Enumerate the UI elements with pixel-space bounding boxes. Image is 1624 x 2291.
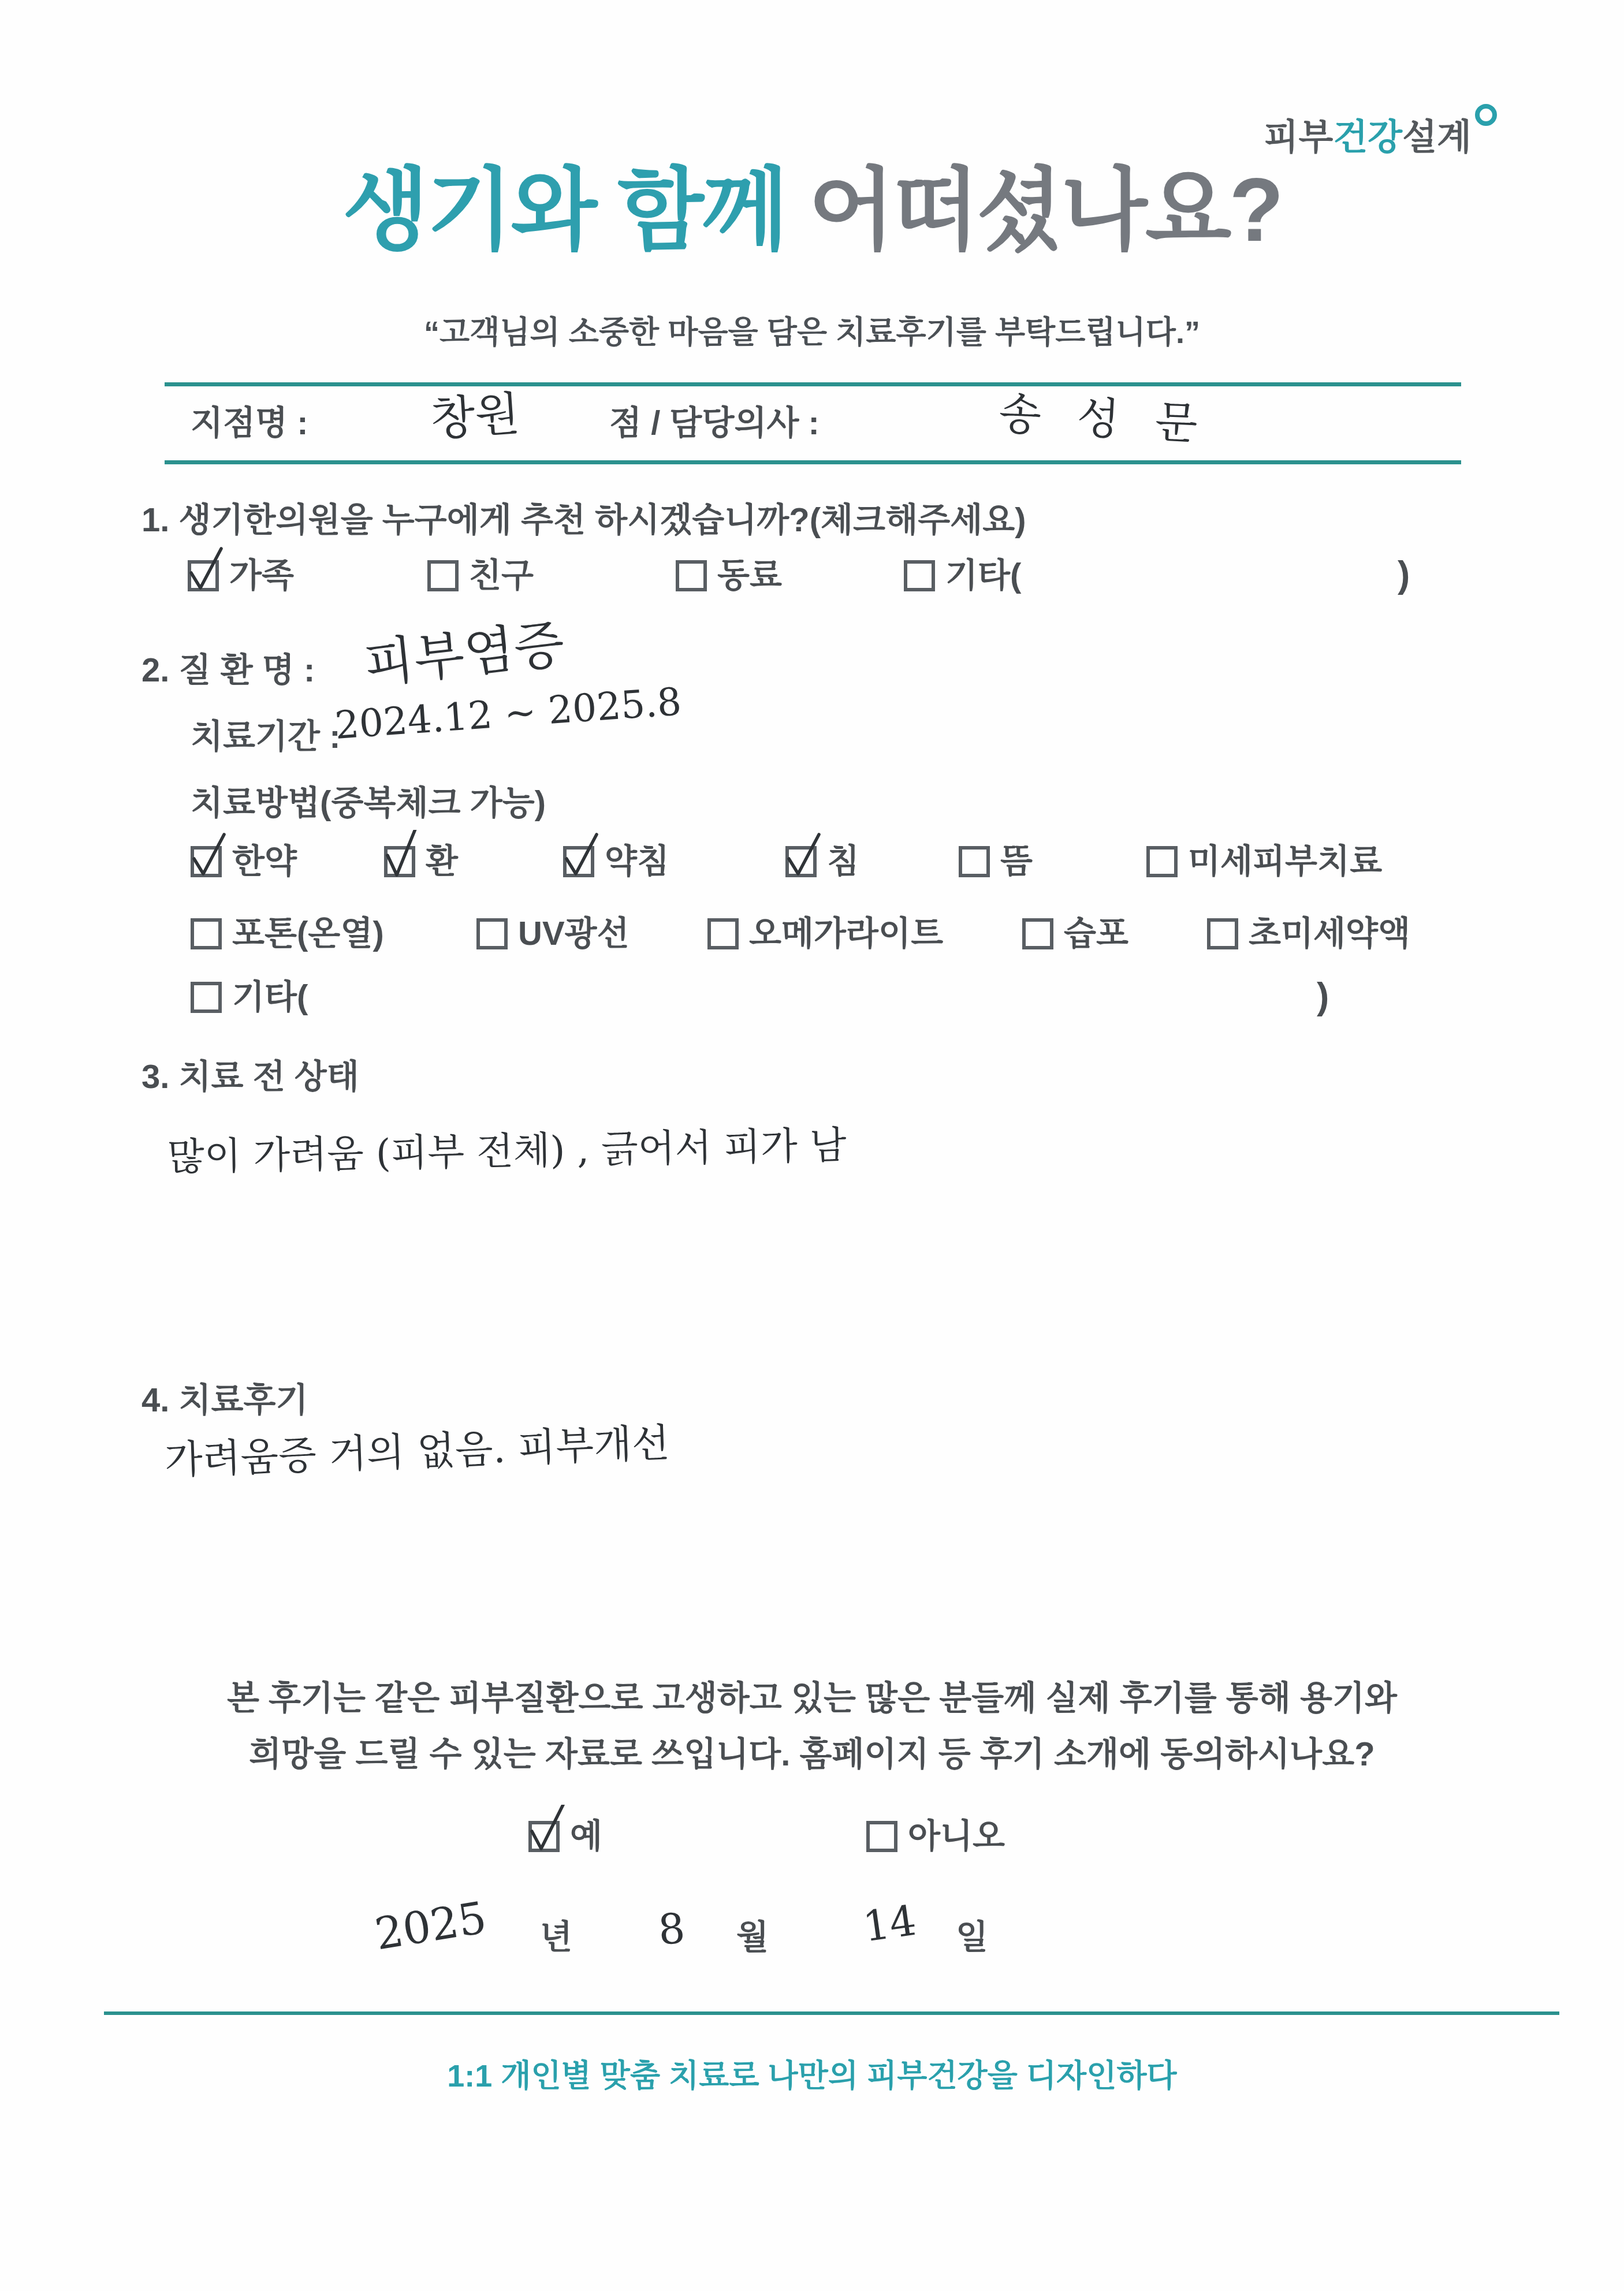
checkbox-box-icon — [188, 560, 219, 591]
checkbox-label: 침 — [827, 845, 859, 878]
checkbox-label: 예 — [570, 1820, 602, 1853]
date-day-unit: 일 — [956, 1919, 988, 1957]
checkbox-moxibustion[interactable]: 뜸 — [959, 843, 1033, 880]
consent-text-line2: 희망을 드릴 수 있는 자료로 쓰입니다. 홈페이지 등 후기 소개에 동의하시… — [0, 1735, 1624, 1774]
logo-degree-icon — [1475, 104, 1497, 126]
checkmark-icon — [561, 830, 601, 881]
pre-treatment-state-value: 많이 가려움 (피부 전체) , 긁어서 피가 남 — [167, 1114, 847, 1181]
scanned-review-form: 피부건강설계 생기와 함께 어떠셨나요? “고객님의 소중한 마음을 담은 치료… — [0, 0, 1624, 2291]
checkmark-icon — [188, 830, 229, 881]
checkbox-label: 환 — [426, 845, 458, 878]
checkbox-label: 기타( — [945, 559, 1021, 593]
branch-name-value: 창원 — [428, 376, 522, 449]
divider-top — [165, 382, 1461, 386]
checkbox-box-icon — [384, 846, 415, 877]
q1-close-paren: ) — [1398, 553, 1410, 596]
checkbox-label: 습포 — [1064, 917, 1128, 951]
date-month-value: 8 — [656, 1903, 687, 1954]
checkmark-icon — [382, 830, 422, 881]
checkbox-label: 친구 — [469, 559, 534, 593]
checkbox-herbal-medicine[interactable]: 한약 — [191, 843, 297, 880]
checkbox-label: 아니오 — [908, 1820, 1005, 1853]
checkbox-omega-light[interactable]: 오메가라이트 — [707, 915, 943, 952]
checkbox-box-icon — [191, 918, 222, 949]
checkbox-box-icon — [1022, 918, 1053, 949]
question-1-label: 1. 생기한의원을 누구에게 추천 하시겠습니까?(체크해주세요) — [141, 501, 1026, 540]
checkmark-icon — [185, 544, 226, 595]
clinic-logo: 피부건강설계 — [1264, 109, 1497, 160]
checkbox-label: 한약 — [232, 845, 297, 878]
checkbox-label: 포톤(온열) — [232, 917, 384, 951]
checkbox-colleague[interactable]: 동료 — [676, 557, 782, 594]
checkbox-label: 초미세약액 — [1249, 917, 1410, 951]
doctor-label: 점 / 담당의사 : — [609, 404, 820, 443]
checkbox-box-icon — [866, 1821, 897, 1852]
footer-slogan: 1:1 개인별 맞춤 치료로 나만의 피부건강을 디자인하다 — [0, 2051, 1624, 2096]
checkbox-box-icon — [676, 560, 707, 591]
checkmark-icon — [783, 830, 824, 881]
logo-text-suffix: 설계 — [1402, 118, 1472, 158]
checkbox-label: 약침 — [605, 845, 669, 878]
checkbox-box-icon — [1207, 918, 1238, 949]
checkbox-box-icon — [191, 982, 222, 1013]
checkbox-box-icon — [1146, 846, 1178, 877]
divider-footer — [104, 2011, 1559, 2015]
page-title: 생기와 함께 어떠셨나요? — [0, 163, 1624, 258]
checkbox-family[interactable]: 가족 — [188, 557, 294, 594]
checkbox-acupuncture[interactable]: 침 — [785, 843, 859, 880]
checkbox-consent-yes[interactable]: 예 — [528, 1818, 602, 1855]
question-4-label: 4. 치료후기 — [141, 1381, 308, 1420]
checkbox-box-icon — [785, 846, 817, 877]
checkbox-other-method[interactable]: 기타( — [191, 979, 308, 1016]
checkbox-box-icon — [563, 846, 594, 877]
page-title-rest: 어떠셨나요? — [809, 160, 1282, 260]
page-title-accent: 생기와 함께 — [342, 160, 786, 260]
checkbox-box-icon — [904, 560, 935, 591]
checkbox-other[interactable]: 기타( — [904, 557, 1021, 594]
checkbox-consent-no[interactable]: 아니오 — [866, 1818, 1005, 1855]
checkmark-icon — [526, 1805, 567, 1856]
checkbox-pharmacopuncture[interactable]: 약침 — [563, 843, 669, 880]
checkbox-label: UV광선 — [518, 917, 630, 951]
checkbox-label: 미세피부치료 — [1188, 845, 1382, 878]
treatment-review-value: 가려움증 거의 없음. 피부개선 — [163, 1412, 671, 1485]
divider-branch-bottom — [165, 460, 1461, 464]
date-year-value: 2025 — [371, 1891, 490, 1960]
checkbox-box-icon — [707, 918, 739, 949]
question-3-label: 3. 치료 전 상태 — [141, 1058, 359, 1097]
checkbox-box-icon — [427, 560, 459, 591]
checkbox-uv-light[interactable]: UV광선 — [476, 915, 630, 952]
checkbox-box-icon — [959, 846, 990, 877]
checkbox-box-icon — [191, 846, 222, 877]
checkbox-label: 동료 — [717, 559, 782, 593]
checkbox-box-icon — [528, 1821, 560, 1852]
q2-close-paren: ) — [1317, 975, 1329, 1018]
consent-text-line1: 본 후기는 같은 피부질환으로 고생하고 있는 많은 분들께 실제 후기를 통해… — [0, 1679, 1624, 1718]
treatment-period-label: 치료기간 : — [191, 718, 341, 757]
checkbox-pill[interactable]: 환 — [384, 843, 458, 880]
checkbox-label: 오메가라이트 — [749, 917, 943, 951]
checkbox-friend[interactable]: 친구 — [427, 557, 534, 594]
checkbox-label: 가족 — [229, 559, 294, 593]
question-2-label: 2. 질 환 명 : — [141, 651, 315, 690]
checkbox-label: 기타( — [232, 981, 308, 1014]
checkbox-box-icon — [476, 918, 508, 949]
checkbox-ultrafine-medicinal-liquid[interactable]: 초미세약액 — [1207, 915, 1410, 952]
page-subtitle: “고객님의 소중한 마음을 담은 치료후기를 부탁드립니다.” — [0, 308, 1624, 352]
treatment-method-label: 치료방법(중복체크 가능) — [191, 784, 546, 823]
date-day-value: 14 — [860, 1896, 919, 1951]
date-year-unit: 년 — [540, 1919, 572, 1957]
branch-name-label: 지점명 : — [191, 404, 308, 443]
checkbox-micro-skin-treatment[interactable]: 미세피부치료 — [1146, 843, 1382, 880]
logo-text-prefix: 피부 — [1264, 118, 1334, 158]
disease-name-value: 피부염증 — [360, 602, 567, 698]
date-month-unit: 월 — [736, 1919, 769, 1957]
checkbox-label: 뜸 — [1000, 845, 1033, 878]
doctor-name-value: 송성문 — [997, 378, 1235, 453]
logo-text-accent: 건강 — [1333, 118, 1402, 158]
checkbox-photon-heat[interactable]: 포톤(온열) — [191, 915, 384, 952]
checkbox-wet-compress[interactable]: 습포 — [1022, 915, 1128, 952]
